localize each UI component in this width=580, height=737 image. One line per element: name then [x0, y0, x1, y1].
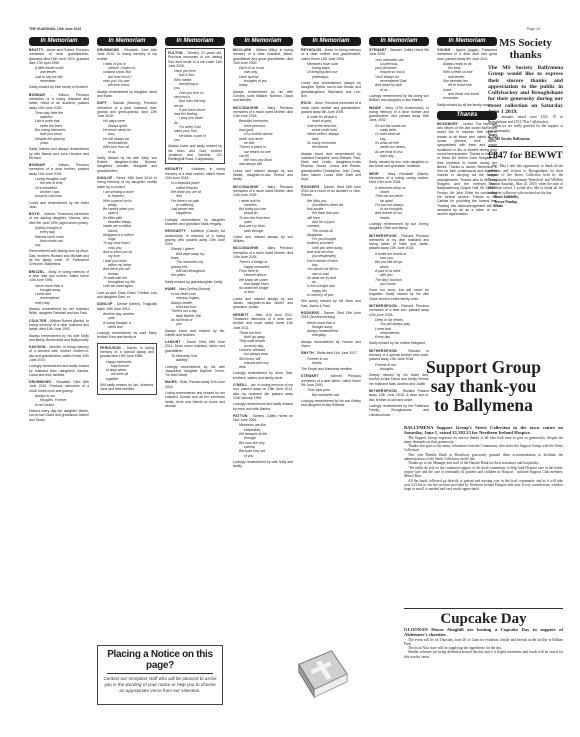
- memoriam-column: In MemoriamREYNOLDS - Annie. In loving m…: [301, 37, 361, 411]
- divider: [488, 146, 563, 147]
- notice-text: - Mary Smiley (Moyra).: [177, 287, 211, 291]
- notice-verse: In a beautiful placecalled Heaven,We kno…: [165, 181, 225, 215]
- verse-line: today.: [239, 83, 293, 87]
- verse-line: in our hearts.: [35, 403, 89, 407]
- memoriam-notice: RODGERS - Darren. Died 13th June 2016 as…: [301, 185, 361, 308]
- verse-line: Every day.: [375, 335, 429, 339]
- notice-surname: SMYTH: [301, 351, 314, 355]
- support-group-headline-line: say thank-you: [404, 377, 563, 396]
- support-group-paragraph: Thanks also goes to the many volunteers …: [404, 444, 563, 453]
- notice-verse: Memories have suchloving ways,Of bringin…: [301, 62, 361, 79]
- verse-line: together.: [106, 377, 154, 381]
- notice-signoff: Missed every day her daughter Maree, son…: [29, 409, 89, 422]
- notice-signoff: Loved and missed always by son James, da…: [233, 297, 293, 310]
- bewwt-title: £847 for BEWWT: [488, 151, 563, 162]
- notice-signoff: Always remembered by his wife Molly and …: [29, 334, 89, 343]
- support-group-paragraph: This year Danske Bank at Broadway gracio…: [404, 453, 563, 462]
- verse-line: hearts.: [307, 361, 361, 365]
- notice-signoff: Always loved and sadly missed by his Mum…: [168, 144, 222, 161]
- memoriam-notice: HUME - Mary Smiley (Moyra).In our heart …: [165, 287, 225, 337]
- memoriam-notice: WAIDE - Mary. (17th Anniversary). In lov…: [369, 106, 429, 169]
- verse-line: dear.: [239, 365, 293, 369]
- memoriam-column: In MemoriamDRUMMOND - Elizabeth. Died 16…: [97, 37, 157, 398]
- notice-signoff: Loved and remembered always by daughter …: [301, 81, 361, 98]
- memoriam-notice: MAIRS - Ruth. Passed away 11th June 2016…: [165, 380, 225, 408]
- ms-society-lead: The MS Society Ballymena Group would lik…: [488, 65, 563, 115]
- ms-society-article: MS Society thanks The MS Society Ballyme…: [488, 37, 563, 208]
- notice-text: - Stella died 11th June 2017.: [315, 351, 358, 355]
- notice-verse: Each of us in ourown way,Have specialtho…: [233, 66, 293, 87]
- memoriam-notice: HEGGARTY - Kathleen (Cassie) 1st anniver…: [165, 229, 225, 284]
- notice-verse: Deep in our hearts,You will always stay,…: [369, 318, 429, 339]
- memoriam-notice: DUFF - Samuel (Sammy). Precious memories…: [97, 101, 157, 173]
- notice-verse: His ways werealways quiet,He never cared…: [97, 119, 157, 153]
- notice-verse: Forever in ourhearts.: [301, 357, 361, 366]
- memoriam-notice: BOYD - Victoria. Treasured memories of o…: [29, 212, 89, 267]
- memoriam-notice: BONNAR - Wilson. Precious memories of a …: [29, 93, 89, 160]
- support-group-paragraph: All the funds collected go directly to p…: [404, 479, 563, 492]
- notice-signoff: Always remembered by Yvonne and Owen.: [301, 340, 361, 349]
- notice-signoff: Loved and missed always by son William.: [233, 235, 293, 244]
- memoriam-column: In MemoriamBEATTY - Annie and Robert. Pr…: [29, 37, 89, 425]
- cupcake-lead: GLOONAN House Ahoghill are hosting a Cup…: [404, 627, 563, 638]
- notice-signoff: Lovingly remembered by his loving son Wi…: [369, 94, 429, 103]
- memoriam-notice: STEWART - Samuel. Precious memories of a…: [301, 374, 361, 407]
- notice-signoff: Sadly missed and always remembered by wi…: [29, 147, 89, 160]
- bewwt-sign: Chair.: [488, 204, 563, 208]
- verse-line: left behind.: [307, 145, 361, 149]
- notice-verse: "In Heavenly loveabiding".: [165, 354, 225, 363]
- verse-line: every day.: [35, 301, 89, 305]
- verse-line: everyday.: [307, 333, 361, 337]
- divider: [107, 673, 213, 674]
- memoriam-notice: HEGARTY - Kathleen. In loving memory of …: [165, 167, 225, 226]
- cupcake-title: Cupcake Day: [404, 611, 563, 627]
- in-memoriam-header: In Memoriam: [29, 37, 89, 46]
- notice-signoff: Still sorely missed by his Mum and Dad, …: [301, 299, 361, 308]
- notice-signoff: Always remembered by her husband Willis,…: [29, 307, 89, 316]
- memoriam-notice: FERGUSON - Daniel. In loving memory of a…: [97, 343, 157, 395]
- notice-signoff: Lovingly remembered and sadly missed by …: [233, 402, 293, 411]
- support-group-lead: BALLYMENA Support Group's Street Collect…: [404, 425, 563, 436]
- support-group-article: Support Group say thank-you to Ballymena…: [404, 423, 563, 491]
- notice-signoff: Lovingly remembered by his son Bobby and…: [301, 399, 361, 408]
- memoriam-notice: LAMONT - David. Died 15th June 2014. Muc…: [165, 340, 225, 377]
- notice-verse: If memories keep uscloser,Then we are ne…: [369, 186, 429, 220]
- support-group-paragraph: The Support Group expresses its sincere …: [404, 436, 563, 445]
- notice-verse: I am sending a doveto Heaven,With a parc…: [97, 190, 157, 289]
- notice-signoff: Lovingly remembered by his wife Jacqueli…: [165, 365, 225, 378]
- ms-society-paragraph: Again we are really grateful for the sup…: [488, 124, 563, 133]
- memoriam-notice: ROCK - Anne. Precious memories of a much…: [301, 101, 361, 181]
- notice-signoff: Gone too soon, but will never be forgott…: [369, 288, 429, 301]
- notice-verse: Never more than athought away,Loved andr…: [29, 284, 89, 305]
- notice-signoff: Lovingly remembered and sadly missed by …: [29, 364, 89, 377]
- notice-signoff: Sadly missed by his mother Margaret.: [369, 341, 429, 345]
- notice-signoff: Sadly missed by their family in Norwich.: [29, 85, 89, 89]
- notice-verse: I never ask formiracles,But today just o…: [233, 199, 293, 233]
- notice-signoff: Always remembered by his wife Dorothy, s…: [233, 90, 293, 103]
- ms-society-title: MS Society thanks: [488, 37, 563, 61]
- notice-verse: Time slips past,But memories last.: [301, 388, 361, 397]
- verse-line: happiness.: [171, 211, 225, 215]
- verse-line: remember.: [35, 79, 89, 83]
- verse-line: the years.: [171, 273, 225, 277]
- masthead: THE GUARDIAN, 13th June 2019: [29, 27, 81, 31]
- memoriam-notice: STEWART - Samuel. Called Home 9th June 2…: [369, 48, 429, 103]
- ms-society-sign: The MS Society Ballymena.: [488, 137, 563, 141]
- verse-line: abiding".: [171, 358, 225, 362]
- notice-verse: Beautiful memoriesmore preciousthan gold…: [233, 119, 293, 166]
- notice-verse: Never more than athought away,Always rem…: [301, 321, 361, 338]
- verse-line: you.: [171, 322, 225, 326]
- memoriam-notice: COULTER - William Robert (Bertie). In lo…: [29, 319, 89, 342]
- notice-signoff: Lovingly remembered by aunt Mary, brothe…: [97, 331, 157, 340]
- notice-signoff: Lovingly remembered by Mum, Dad, brother…: [233, 371, 293, 380]
- memoriam-column: In MemoriamFULTON - Timothy, 21 years ol…: [165, 37, 225, 411]
- placing-notice-title: Placing a Notice on this page?: [103, 649, 217, 671]
- notice-verse: A smile for all and aheart of gold,One o…: [301, 115, 361, 149]
- notice-signoff: Always loved and remembered by husband C…: [301, 152, 361, 182]
- notice-signoff: Always loved and missed by his, Gareth a…: [165, 329, 225, 338]
- memoriam-notice: FULTON - Timothy, 21 years old. Precious…: [165, 48, 225, 164]
- support-group-paragraph: "We really do rely on the continued supp…: [404, 466, 563, 479]
- memoriam-notice: MCCONAGHIE - Mary. Precious memories of …: [233, 106, 293, 182]
- notice-verse: It broke our hearts tolose you,But you d…: [369, 252, 429, 286]
- notice-signoff: Sadly missed by granddaughter Kathy.: [165, 280, 225, 284]
- memoriam-notice: BEATTY - Annie and Robert. Precious memo…: [29, 48, 89, 90]
- memoriam-notice: MCCONAGHIE - Mary. Precious memories of …: [233, 246, 293, 309]
- notice-verse: Always in ourthoughts, Foreverin our hea…: [29, 394, 89, 407]
- notice-verse: Another day, anotheryear,A loving though…: [97, 312, 157, 329]
- memoriam-column: In MemoriamMCCLURE - William (Billy). In…: [233, 37, 293, 471]
- notice-signoff: Loving remembered and missed by her husb…: [165, 391, 225, 408]
- notice-signoff: Lovingly remembered by wife Sally and fa…: [233, 460, 293, 469]
- verse-line: Until we meet again.: [103, 284, 157, 288]
- placing-notice-box: Placing a Notice on this page? Contact o…: [97, 645, 223, 705]
- ms-society-paragraph: The amounts raised were £541. 07 in Brou…: [488, 115, 563, 124]
- notice-signoff: Loved and remembered by his sister Jean.: [29, 201, 89, 210]
- memoriam-notice: O'NEILL - Ian. In loving memory of my so…: [233, 383, 293, 411]
- notice-signoff: Lovingly remembered by daughter Maureen …: [165, 218, 225, 227]
- notice-verse: Memories are likekeepsakes,We treasure a…: [233, 423, 293, 457]
- notice-verse: There's a bridge ofhappy memories,From h…: [233, 260, 293, 294]
- memoriam-notice: NESBITT - Alan 11th June 2011. Treasured…: [233, 313, 293, 380]
- memoriam-notice: DUNLOP - Denise (Neeni). Tragically take…: [97, 302, 157, 339]
- bible-with-cross-icon: [293, 645, 351, 703]
- notice-verse: We Miss you.Sometimes when wefirst awake…: [301, 199, 361, 298]
- notice-verse: Happy memorieskept foreverof days whenwe…: [100, 360, 154, 381]
- verse-line: you Home.: [375, 282, 429, 286]
- in-memoriam-header: In Memoriam: [301, 37, 361, 46]
- page-number: Page 19: [527, 27, 540, 31]
- notice-verse: Loving thoughts untilthe end of time,Of …: [29, 177, 89, 198]
- memoriam-notice: MCCLURE - William (Billy). In loving mem…: [233, 48, 293, 103]
- verse-line: of us.: [103, 150, 157, 154]
- notice-verse: In our heart yourmemory lingers,Always t…: [165, 292, 225, 326]
- notice-signoff: Still sadly missed by Ian, Andrena, Jane…: [100, 383, 154, 392]
- notice-verse: Those we lovedon't go away,They walk bes…: [233, 331, 293, 370]
- verse-line: hearts.: [375, 216, 429, 220]
- notice-verse: Quietly thought ofevery day,Missed much …: [29, 226, 89, 247]
- memoriam-notice: DAVISON - Jennifer. In loving memory of …: [29, 345, 89, 377]
- in-memoriam-header: In Memoriam: [233, 37, 293, 46]
- memoriam-notice: SMYTH - Stella died 11th June 2017.Forev…: [301, 351, 361, 371]
- memoriam-notice: PATTON - Sammy. Called Home on 11th June…: [233, 414, 293, 469]
- in-memoriam-header: In Memoriam: [165, 37, 225, 46]
- in-memoriam-header: In Memoriam: [97, 37, 157, 46]
- notice-signoff: Remembered with lasting love by Mum, Dad…: [29, 249, 89, 266]
- memoriam-notice: BONNAR - Wilson. Precious memories of a …: [29, 163, 89, 209]
- support-group-headline-line: to Ballymena: [404, 396, 563, 415]
- notice-signoff: Lovingly remembered by son Jimmy, daught…: [369, 222, 429, 231]
- cupcake-paragraph: Similar schemes are being delivered arou…: [404, 650, 563, 659]
- memoriam-notice: WEIR - Mary Elizabeth (Marie). Memories …: [369, 172, 429, 231]
- notice-signoff: Always remembered by daughter Janet and …: [97, 90, 157, 99]
- verse-line: walk through.: [239, 229, 293, 233]
- notice-verse: It's not the words wesadly write,Or even…: [369, 124, 429, 158]
- memoriam-notice: MCCONAGHIE - Mary. Precious memories of …: [233, 185, 293, 244]
- verse-line: years.: [35, 141, 89, 145]
- placing-notice-body: Contact our reception staff who will be …: [103, 676, 217, 695]
- notice-signoff: Loved and missed always by son Walter, d…: [233, 169, 293, 182]
- support-group-headline: Support Group say thank-you to Ballymena: [404, 358, 563, 415]
- verse-line: say.: [35, 243, 89, 247]
- memoriam-notice: DRUMMOND - Elizabeth. Died 16th June 201…: [29, 380, 89, 422]
- memoriam-notice: RODGERS - Darren. Died 13th June 2016 (3…: [301, 311, 361, 348]
- verse-line: of love.: [239, 290, 293, 294]
- verse-line: silent tear.: [103, 325, 157, 329]
- memoriam-notice: DRUMMOND - Elizabeth. Died 16th June 201…: [97, 48, 157, 98]
- bewwt-body: Sir - May I take this opportunity to tha…: [488, 164, 563, 195]
- memoriam-notice: BRIZZEL - Molly. In loving memory of a d…: [29, 270, 89, 316]
- notice-signoff: The Smyth and Harkness families.: [301, 367, 361, 371]
- memoriam-notice: DUNLOP - Neeni. 15th June 2014. In lovin…: [97, 176, 157, 299]
- notice-signoff: Love ya dad, Shaz, Dean, Chelsie, Levi a…: [97, 291, 157, 300]
- verse-line: each day.: [375, 154, 429, 158]
- notice-verse: Time may hide thesadness,Like a smile th…: [29, 111, 89, 145]
- verse-line: you.: [174, 138, 222, 142]
- memoriam-notice: REYNOLDS - Annie. In loving memory of a …: [301, 48, 361, 98]
- memoriam-notice: WITHERSPOON - Richard. Precious memories…: [369, 304, 429, 346]
- notice-verse: A little tribute smalland tender,Just to…: [29, 66, 89, 83]
- verse-line: But memories last.: [307, 393, 361, 397]
- notice-verse: Silently I grieve,And wipe away mytears.…: [165, 247, 225, 277]
- verse-line: In memory of you.: [307, 293, 361, 297]
- cupcake-paragraph: The event will be on Thursday, June 20 a…: [404, 638, 563, 647]
- verse-line: yesterdays.: [307, 75, 361, 79]
- verse-line: will ever know.: [103, 83, 157, 87]
- verse-line: of you.: [239, 454, 293, 458]
- notice-signoff: Sadly missed by son John daughter-in-law…: [369, 160, 429, 169]
- verse-line: of us.: [375, 88, 429, 92]
- verse-line: proud to call mine.: [35, 194, 89, 198]
- verse-line: and always will.: [239, 162, 293, 166]
- notice-signoff: Sadly missed by his wife Sally, son Robe…: [97, 156, 157, 173]
- notice-verse: I think of you insilence, I make nooutwa…: [97, 62, 157, 88]
- memoriam-notice: WITHERSPOON - Richard. Precious memories…: [369, 234, 429, 301]
- support-group-headline-line: Support Group: [404, 358, 563, 377]
- notice-surname: HUME: [165, 287, 176, 291]
- in-memoriam-header: In Memoriam: [369, 37, 429, 46]
- cupcake-day-article: Cupcake Day GLOONAN House Ahoghill are h…: [404, 608, 563, 659]
- notice-verse: Your memories areso precious,your presen…: [369, 58, 429, 92]
- notice-verse: Have you everlost a Son,Who meanteveryth…: [168, 69, 222, 142]
